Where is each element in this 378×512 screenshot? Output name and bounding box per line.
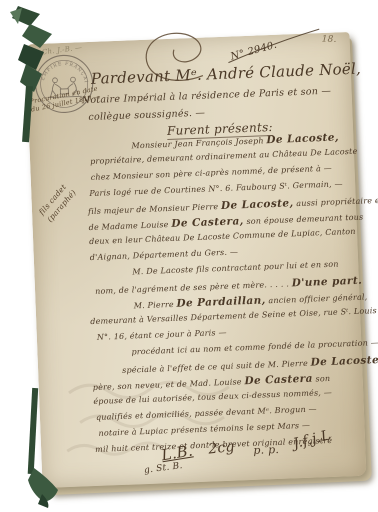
signature-paraph-3: p. p.	[253, 443, 279, 457]
manuscript-emphasized-name: De Lacoste,	[310, 354, 378, 369]
manuscript-text: père, son neveu, et de Mad. Louise	[93, 377, 245, 392]
manuscript-emphasized-name: De Castera,	[171, 215, 244, 230]
heading-notaire: Notaire Impérial à la résidence de Paris…	[82, 86, 332, 107]
manuscript-emphasized-name: D'une part.	[291, 275, 362, 290]
heading-collegue: collègue soussignés. —	[88, 108, 205, 123]
manuscript-text: Monsieur Jean François Joseph	[131, 136, 266, 150]
manuscript-text: ancien officier général,	[266, 292, 368, 305]
manuscript-emphasized-name: De Lacoste,	[266, 131, 339, 146]
manuscript-text: aussi propriétaire et	[293, 196, 378, 208]
manuscript-emphasized-name: De Pardaillan,	[176, 294, 266, 309]
manuscript-text: son épouse demeurant tous	[244, 213, 364, 227]
signature-paraph-2: 2cg	[207, 439, 235, 458]
document-page: Ch. J.-B. — 18. N° 2940. EMPIRE FRANÇAIS	[26, 32, 367, 488]
manuscript-emphasized-name: De Castera	[244, 373, 313, 388]
manuscript-text: nom, de l'agrément de ses père et mère. …	[95, 279, 292, 296]
margin-note-side: fils cadet (paraphé)	[36, 180, 78, 224]
manuscript-emphasized-name: De Lacoste,	[221, 197, 294, 212]
photograph-of-notarial-document: Ch. J.-B. — 18. N° 2940. EMPIRE FRANÇAIS	[0, 0, 378, 512]
manuscript-text: M. Pierre	[134, 300, 177, 311]
act-number-flourish	[223, 27, 324, 65]
manuscript-text: fils majeur de Monsieur Pierre	[88, 202, 221, 216]
manuscript-body: Monsieur Jean François Joseph De Lacoste…	[83, 131, 363, 461]
manuscript-text: de Madame Louise	[89, 220, 172, 232]
heading-pardevant: Pardevant Mᵉ. André Claude Noël,	[91, 60, 362, 88]
manuscript-text: son	[313, 374, 331, 384]
